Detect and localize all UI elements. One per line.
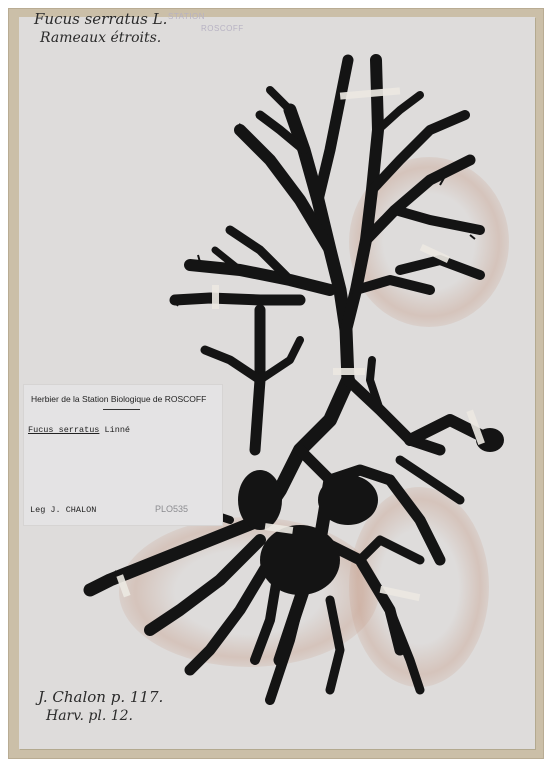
label-institution: Herbier de la Station Biologique de ROSC…: [31, 394, 206, 404]
label-authority: Linné: [105, 425, 131, 435]
label-specimen-number: PLO535: [155, 504, 188, 514]
handwritten-reference-2: Harv. pl. 12.: [46, 708, 133, 724]
label-species-line: Fucus serratus Linné: [28, 425, 130, 435]
label-collector: Leg J. CHALON: [30, 505, 96, 515]
handwritten-reference-1: J. Chalon p. 117.: [38, 688, 163, 706]
seaweed-specimen: [0, 0, 552, 767]
label-species-name: Fucus serratus: [28, 425, 99, 435]
herbarium-label: Herbier de la Station Biologique de ROSC…: [24, 385, 222, 525]
label-divider: [103, 409, 140, 410]
